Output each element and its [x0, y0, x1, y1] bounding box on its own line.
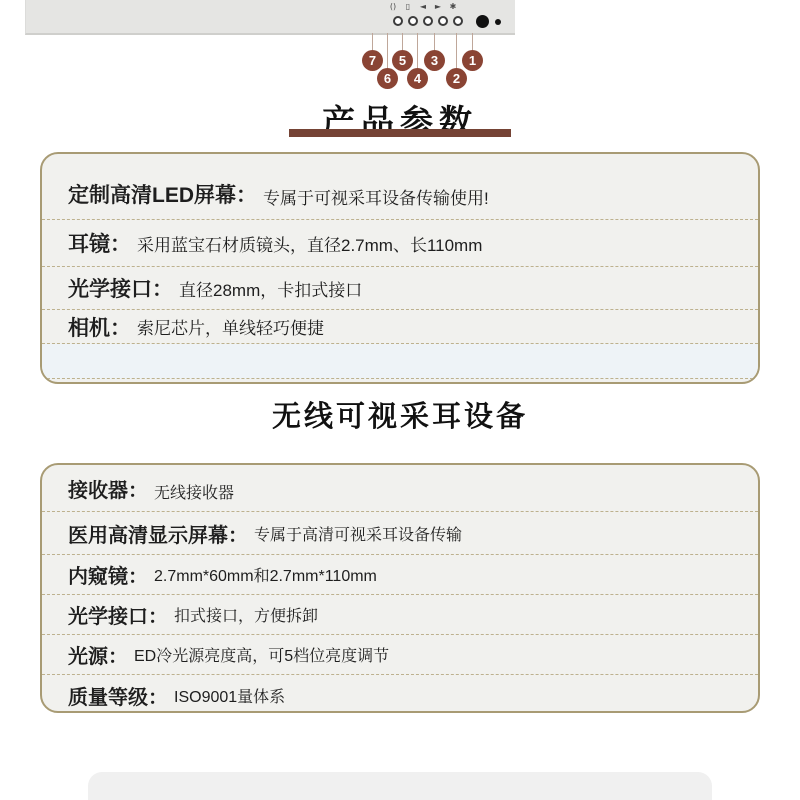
section-title-device-name: 无线可视采耳设备	[0, 394, 800, 435]
spec-row: 定制高清LED屏幕： 专属于可视采耳设备传输使用!	[42, 154, 758, 220]
spec-label: 相机：	[68, 312, 131, 342]
spec-value: ED冷光源亮度高，可5档位亮度调节	[128, 643, 389, 666]
next-image-edge	[88, 772, 712, 800]
spec-value: 直径28mm，卡扣式接口	[173, 276, 362, 301]
battery-icon: ▯	[402, 2, 414, 12]
callout-line	[472, 33, 473, 50]
spec-label: 定制高清LED屏幕：	[68, 179, 257, 209]
spec-value: ISO9001量体系	[168, 684, 285, 707]
callout-line	[387, 33, 388, 68]
spec-value: 专属于高清可视采耳设备传输	[248, 522, 462, 545]
spec-row: 耳镜： 采用蓝宝石材质镜头，直径2.7mm、长110mm	[42, 220, 758, 267]
callout-line	[434, 33, 435, 50]
spec-label: 接收器：	[68, 474, 148, 503]
panel-button-2	[408, 16, 418, 26]
callout-1: 1	[462, 50, 483, 71]
settings-icon: ✱	[447, 2, 459, 12]
spec-row: 光源： ED冷光源亮度高，可5档位亮度调节	[42, 635, 758, 675]
arrow-right-icon: ►	[432, 2, 444, 12]
spec-box-screen: 定制高清LED屏幕： 专属于可视采耳设备传输使用! 耳镜： 采用蓝宝石材质镜头，…	[40, 152, 760, 384]
product-detail-page: () ▯ ◄ ► ✱ 7 6 5 4 3 2 1 产品参数 定制高清LED屏幕：…	[0, 0, 800, 800]
spec-value: 2.7mm*60mm和2.7mm*110mm	[148, 563, 377, 586]
panel-button-3	[423, 16, 433, 26]
spec-value: 扣式接口，方便拆卸	[168, 603, 318, 626]
callout-line	[417, 33, 418, 68]
device-panel-image: () ▯ ◄ ► ✱	[25, 0, 515, 35]
callout-7: 7	[362, 50, 383, 71]
spec-value: 索尼芯片，单线轻巧便捷	[131, 314, 324, 339]
spec-row: 光学接口： 扣式接口，方便拆卸	[42, 595, 758, 635]
callout-line	[456, 33, 457, 68]
spec-value: 采用蓝宝石材质镜头，直径2.7mm、长110mm	[131, 231, 482, 256]
spec-row-empty	[42, 344, 758, 379]
spec-label: 耳镜：	[68, 228, 131, 258]
callout-line	[402, 33, 403, 50]
power-button	[476, 15, 489, 28]
callout-3: 3	[424, 50, 445, 71]
spec-label: 质量等级：	[68, 681, 168, 710]
panel-button-5	[453, 16, 463, 26]
spec-label: 光源：	[68, 640, 128, 669]
callout-line	[372, 33, 373, 50]
spec-label: 光学接口：	[68, 600, 168, 629]
spec-row: 相机： 索尼芯片，单线轻巧便捷	[42, 310, 758, 344]
spec-value: 无线接收器	[148, 480, 234, 503]
panel-button-4	[438, 16, 448, 26]
title-underline	[289, 129, 511, 137]
spec-row: 接收器： 无线接收器	[42, 465, 758, 512]
spec-label: 光学接口：	[68, 273, 173, 303]
spec-row: 医用高清显示屏幕： 专属于高清可视采耳设备传输	[42, 512, 758, 555]
spec-value: 专属于可视采耳设备传输使用!	[257, 184, 489, 209]
callout-4: 4	[407, 68, 428, 89]
spec-label: 内窥镜：	[68, 560, 148, 589]
panel-button-1	[393, 16, 403, 26]
spec-row: 光学接口： 直径28mm，卡扣式接口	[42, 267, 758, 310]
spec-row: 质量等级： ISO9001量体系	[42, 675, 758, 713]
spec-box-receiver: 接收器： 无线接收器 医用高清显示屏幕： 专属于高清可视采耳设备传输 内窥镜： …	[40, 463, 760, 713]
spec-row: 内窥镜： 2.7mm*60mm和2.7mm*110mm	[42, 555, 758, 595]
callout-2: 2	[446, 68, 467, 89]
arrow-left-icon: ◄	[417, 2, 429, 12]
spec-label: 医用高清显示屏幕：	[68, 519, 248, 548]
brackets-icon: ()	[387, 2, 399, 12]
indicator-led	[495, 19, 501, 25]
callout-5: 5	[392, 50, 413, 71]
callout-6: 6	[377, 68, 398, 89]
